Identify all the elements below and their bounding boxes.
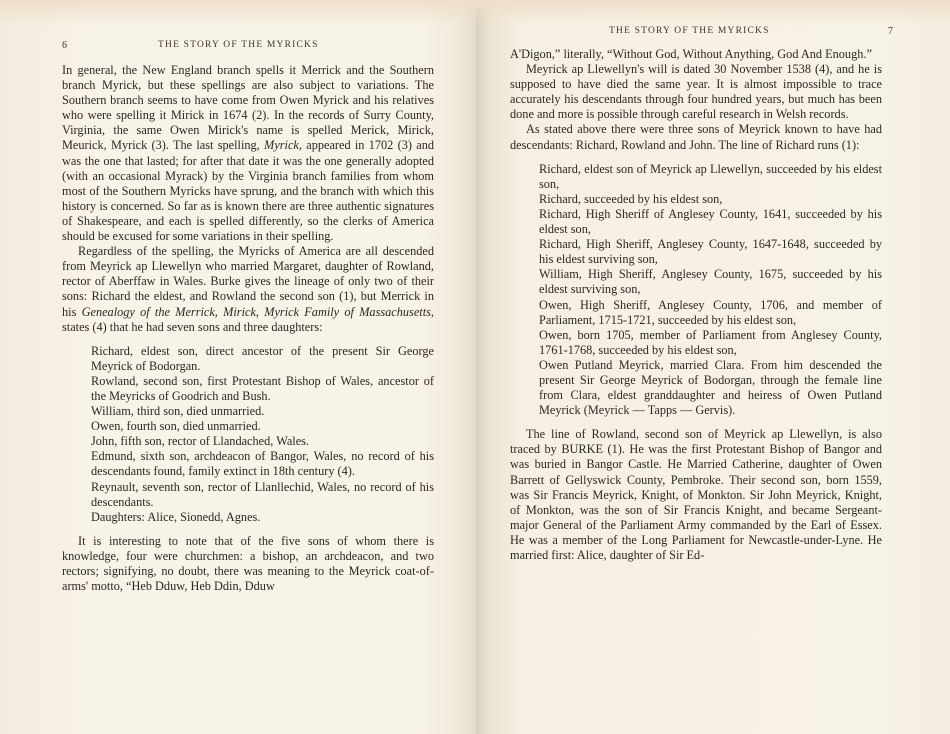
list-item: Daughters: Alice, Sionedd, Agnes. — [91, 510, 434, 525]
list-item: Richard, succeeded by his eldest son, — [539, 192, 882, 207]
list-item: Owen, High Sheriff, Anglesey County, 170… — [539, 298, 882, 328]
text-run: , appeared in 1702 (3) and was the one t… — [62, 138, 434, 243]
running-head: THE STORY OF THE MYRICKS — [158, 40, 319, 50]
list-item: William, High Sheriff, Anglesey County, … — [539, 267, 882, 297]
paragraph: It is interesting to note that of the fi… — [62, 534, 434, 594]
left-page: 6 THE STORY OF THE MYRICKS In general, t… — [0, 0, 476, 734]
children-list: Richard, eldest son, direct ancestor of … — [91, 344, 434, 525]
richard-line-list: Richard, eldest son of Meyrick ap Llewel… — [539, 162, 882, 419]
left-page-body: In general, the New England branch spell… — [62, 63, 434, 594]
paragraph: The line of Rowland, second son of Meyri… — [510, 427, 882, 563]
list-item: William, third son, died unmarried. — [91, 404, 434, 419]
running-head: THE STORY OF THE MYRICKS — [609, 26, 770, 36]
list-item: Edmund, sixth son, archdeacon of Bangor,… — [91, 449, 434, 479]
paragraph: As stated above there were three sons of… — [510, 122, 882, 152]
book-spread: 6 THE STORY OF THE MYRICKS In general, t… — [0, 0, 950, 734]
book-title-italic: Genealogy of the Merrick, Mirick, Myrick… — [82, 305, 431, 319]
list-item: Rowland, second son, first Protestant Bi… — [91, 374, 434, 404]
list-item: Owen, born 1705, member of Parliament fr… — [539, 328, 882, 358]
list-item: Richard, High Sheriff of Anglesey County… — [539, 207, 882, 237]
list-item: Richard, High Sheriff, Anglesey County, … — [539, 237, 882, 267]
list-item: Reynault, seventh son, rector of Llanlle… — [91, 480, 434, 510]
list-item: Owen Putland Meyrick, married Clara. Fro… — [539, 358, 882, 418]
page-edge-shadow — [0, 0, 476, 26]
right-page: THE STORY OF THE MYRICKS 7 A'Digon,” lit… — [476, 0, 950, 734]
paragraph: A'Digon,” literally, “Without God, Witho… — [510, 47, 882, 62]
italic-text: Myrick — [264, 138, 299, 152]
list-item: John, fifth son, rector of Llandached, W… — [91, 434, 434, 449]
page-number: 7 — [888, 26, 893, 37]
paragraph: Meyrick ap Llewellyn's will is dated 30 … — [510, 62, 882, 122]
list-item: Richard, eldest son, direct ancestor of … — [91, 344, 434, 374]
right-page-body: A'Digon,” literally, “Without God, Witho… — [510, 47, 882, 563]
page-edge-shadow — [476, 0, 950, 26]
list-item: Owen, fourth son, died unmarried. — [91, 419, 434, 434]
paragraph: In general, the New England branch spell… — [62, 63, 434, 244]
list-item: Richard, eldest son of Meyrick ap Llewel… — [539, 162, 882, 192]
page-number: 6 — [62, 40, 67, 51]
paragraph: Regardless of the spelling, the Myricks … — [62, 244, 434, 335]
